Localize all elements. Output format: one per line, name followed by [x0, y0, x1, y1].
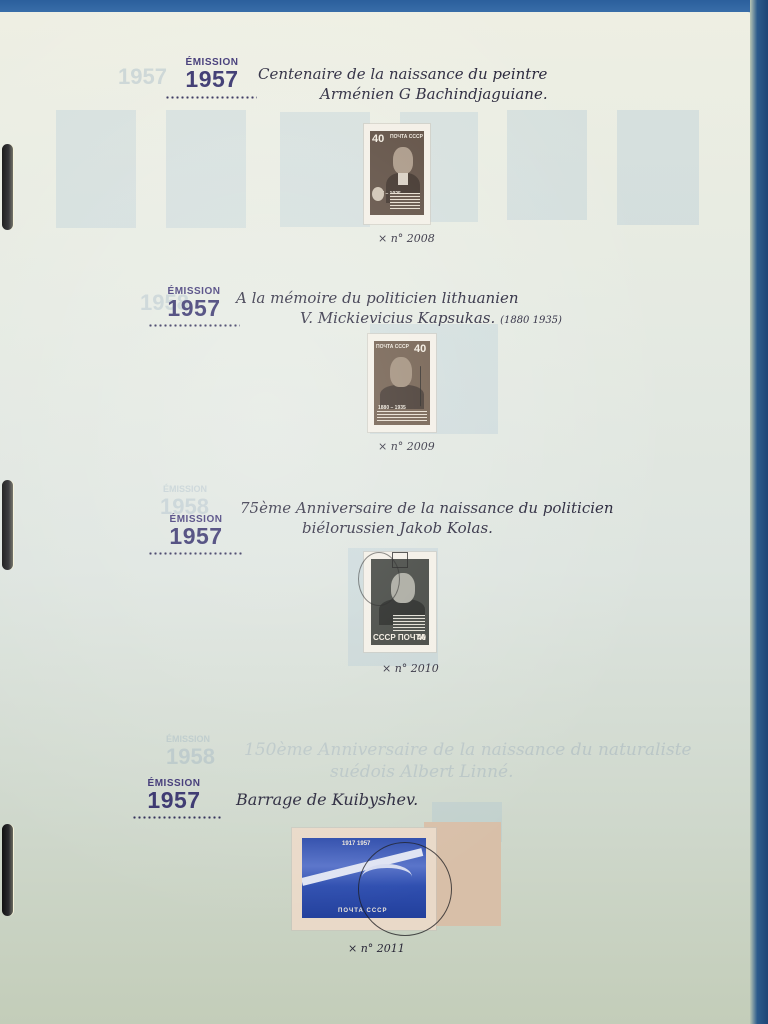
catalog-number: × n° 2009: [378, 440, 435, 453]
catalog-number: × n° 2011: [348, 942, 405, 955]
postmark: [420, 362, 433, 407]
stamp-inscription: ПОЧТА СССР: [390, 134, 423, 140]
stamp-text-block: [393, 615, 425, 631]
dotted-rule: [165, 96, 257, 99]
catalog-number: × n° 2008: [378, 232, 435, 245]
portrait: [390, 357, 412, 387]
entry-caption: 75ème Anniversaire de la naissance du po…: [240, 498, 614, 538]
postmark: [392, 552, 408, 568]
stamp-denomination: 40: [414, 343, 426, 355]
binder-hole: [2, 144, 13, 230]
show-through-mount: [507, 110, 587, 220]
caption-note: (1880 1935): [500, 315, 562, 326]
postmark: [358, 842, 452, 936]
stamp-kapsukas[interactable]: ПОЧТА СССР 40 1880 – 1935: [368, 334, 436, 432]
emission-year: 1957: [166, 297, 222, 319]
show-through-mount: [617, 110, 699, 225]
dotted-rule: [132, 816, 222, 819]
stamp-inscription: ПОЧТА СССР: [376, 344, 409, 350]
palette: [372, 187, 384, 201]
emission-stamp: ÉMISSION 1957: [166, 286, 222, 319]
entry-caption: A la mémoire du politicien lithuanien V.…: [236, 288, 562, 331]
show-through-emission: ÉMISSION: [166, 734, 210, 744]
show-through-year: 1957: [118, 64, 167, 90]
dotted-rule: [148, 324, 240, 327]
collar: [398, 173, 408, 185]
stamp-design: 40 ПОЧТА СССР 1857 – 1925: [370, 131, 424, 215]
emission-stamp: ÉMISSION 1957: [146, 778, 202, 811]
dotted-rule: [148, 552, 244, 555]
binder-hole: [2, 480, 13, 570]
show-through-mount: [280, 112, 370, 227]
caption-line: 75ème Anniversaire de la naissance du po…: [240, 498, 614, 518]
emission-year: 1957: [168, 525, 224, 547]
emission-stamp: ÉMISSION 1957: [184, 57, 240, 90]
show-through-emission: ÉMISSION: [163, 484, 207, 494]
show-through-caption: suédois Albert Linné.: [330, 762, 514, 782]
show-through-mount: [166, 110, 246, 228]
caption-line: Centenaire de la naissance du peintre: [258, 64, 548, 84]
entry-caption: Centenaire de la naissance du peintre Ar…: [258, 64, 548, 104]
stamp-denomination: 40: [417, 633, 426, 642]
stamp-text-block: [390, 193, 420, 211]
stamp-denomination: 40: [372, 133, 384, 145]
catalog-number: × n° 2010: [382, 662, 439, 675]
stamp-kolas[interactable]: СССР ПОЧТА 40: [364, 552, 436, 652]
caption-line: Barrage de Kuibyshev.: [236, 790, 418, 810]
stamp-bachindjaguiane[interactable]: 40 ПОЧТА СССР 1857 – 1925: [364, 124, 430, 224]
stamp-dates: 1917 1957: [342, 841, 370, 847]
caption-line: A la mémoire du politicien lithuanien: [236, 288, 562, 308]
show-through-caption: 150ème Anniversaire de la naissance du n…: [244, 740, 692, 760]
emission-stamp: ÉMISSION 1957: [168, 514, 224, 547]
caption-line: biélorussien Jakob Kolas.: [240, 518, 614, 538]
emission-year: 1957: [184, 68, 240, 90]
caption-line: Arménien G Bachindjaguiane.: [258, 84, 548, 104]
binder-hole: [2, 824, 13, 916]
emission-year: 1957: [146, 789, 202, 811]
stamp-kuibyshev-dam[interactable]: 1917 1957 ПОЧТА СССР: [292, 828, 436, 930]
caption-line: V. Mickievicius Kapsukas. (1880 1935): [236, 308, 562, 331]
portrait: [393, 147, 413, 174]
caption-line: V. Mickievicius Kapsukas.: [300, 309, 495, 327]
entry-caption: Barrage de Kuibyshev.: [236, 790, 418, 810]
album-cover-edge: [750, 0, 768, 1024]
stamp-text-block: [377, 411, 427, 423]
show-through-year: 1958: [166, 744, 215, 770]
show-through-mount: [56, 110, 136, 228]
album-page: 1957 1958 ÉMISSION 1958 ÉMISSION 1958 15…: [0, 12, 758, 1024]
